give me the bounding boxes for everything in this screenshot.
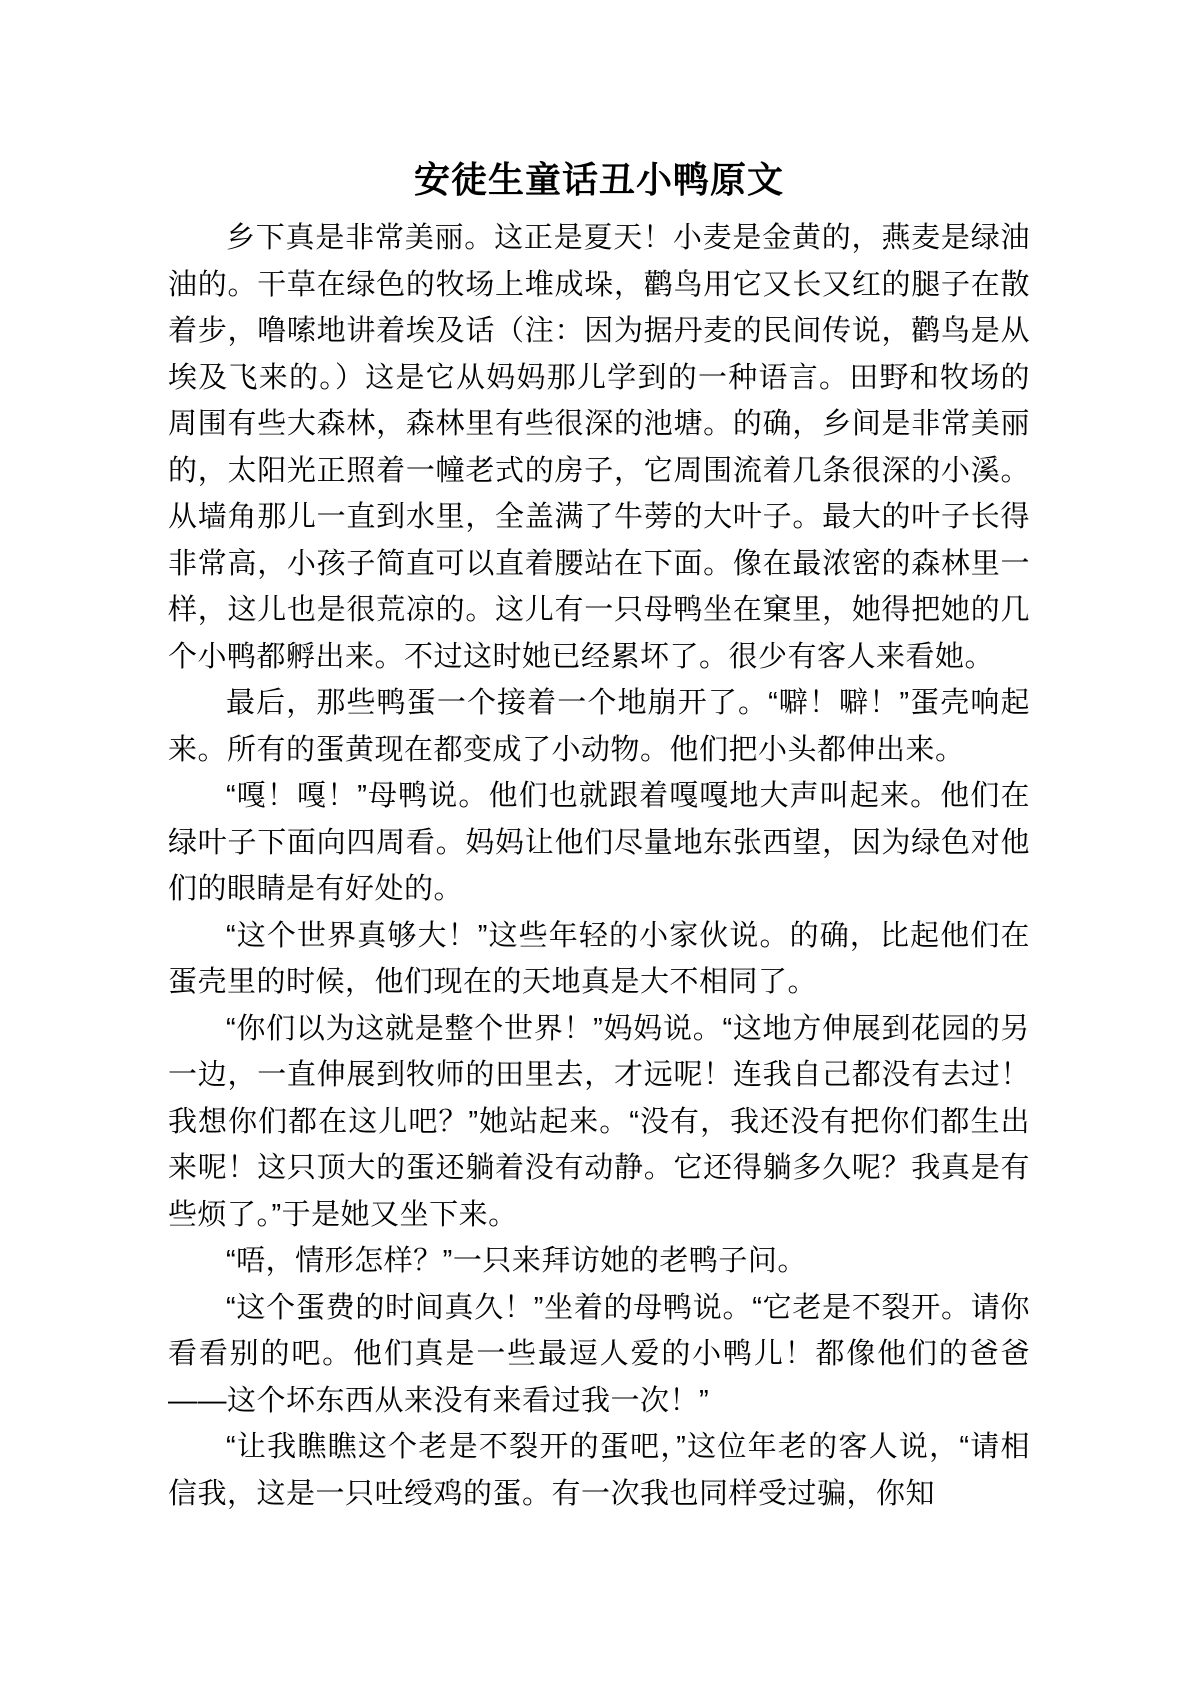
story-paragraph: “让我瞧瞧这个老是不裂开的蛋吧，”这位年老的客人说，“请相信我，这是一只吐绶鸡的… — [168, 1424, 1030, 1517]
document-content: 安徒生童话丑小鸭原文 乡下真是非常美丽。这正是夏天！小麦是金黄的，燕麦是绿油油的… — [168, 158, 1030, 1517]
story-paragraph: “这个世界真够大！”这些年轻的小家伙说。的确，比起他们在蛋壳里的时候，他们现在的… — [168, 913, 1030, 1006]
story-paragraph: “这个蛋费的时间真久！”坐着的母鸭说。“它老是不裂开。请你看看别的吧。他们真是一… — [168, 1285, 1030, 1425]
story-paragraph: 乡下真是非常美丽。这正是夏天！小麦是金黄的，燕麦是绿油油的。干草在绿色的牧场上堆… — [168, 215, 1030, 680]
document-title: 安徒生童话丑小鸭原文 — [168, 158, 1030, 202]
story-paragraph: “嘎！嘎！”母鸭说。他们也就跟着嘎嘎地大声叫起来。他们在绿叶子下面向四周看。妈妈… — [168, 773, 1030, 913]
story-paragraph: “唔，情形怎样？”一只来拜访她的老鸭子问。 — [168, 1238, 1030, 1285]
document-page: 安徒生童话丑小鸭原文 乡下真是非常美丽。这正是夏天！小麦是金黄的，燕麦是绿油油的… — [0, 0, 1191, 1684]
story-paragraph: “你们以为这就是整个世界！”妈妈说。“这地方伸展到花园的另一边，一直伸展到牧师的… — [168, 1006, 1030, 1239]
story-paragraph: 最后，那些鸭蛋一个接着一个地崩开了。“噼！噼！”蛋壳响起来。所有的蛋黄现在都变成… — [168, 680, 1030, 773]
